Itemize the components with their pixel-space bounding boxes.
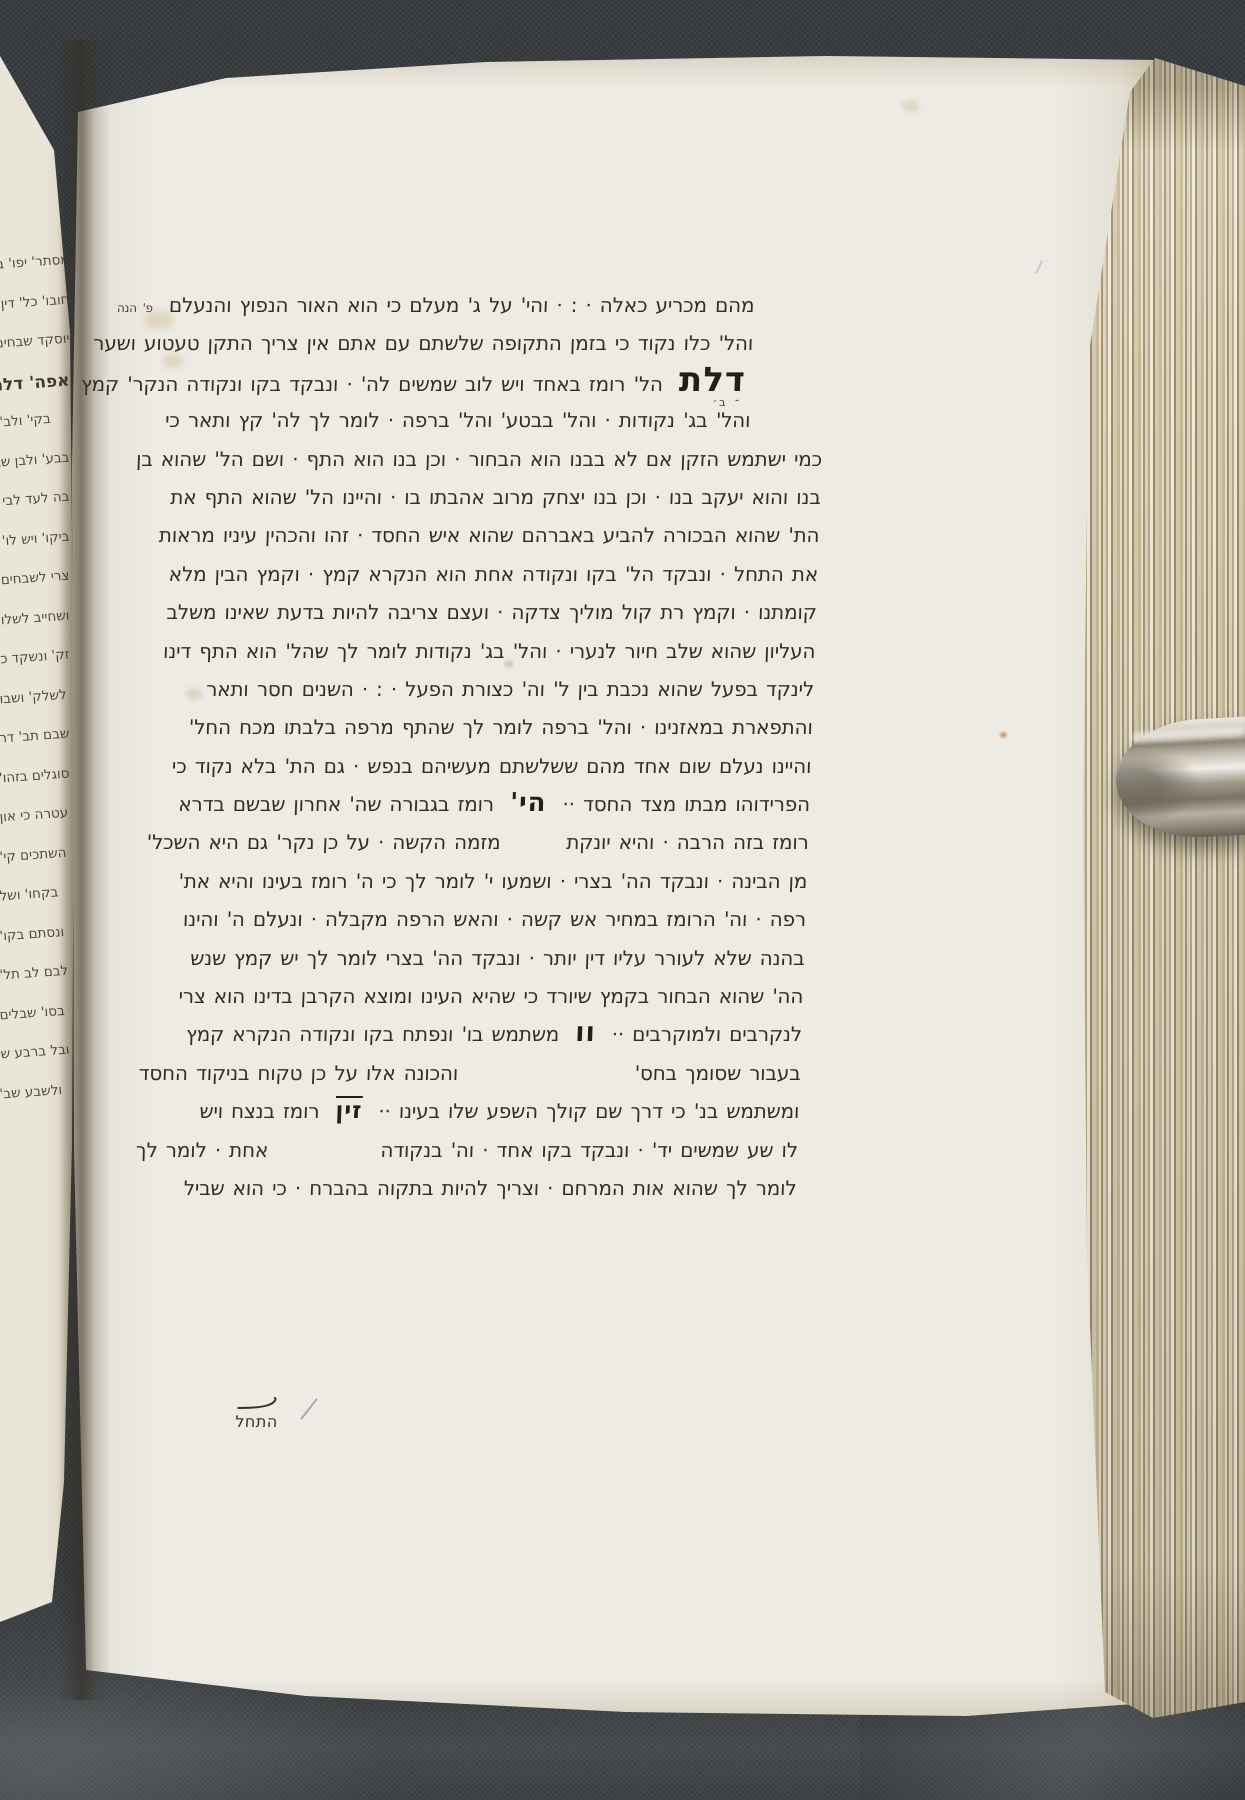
line-text: מזמה הקשה · על כן נקר' גם היא השכל': [146, 823, 501, 861]
manuscript-line: בנו והוא יעקב בנו · וכן בנו יצחק מרוב אה…: [158, 478, 821, 516]
line-text: העליון שהוא שלב חיור לנערי · והל' בג' נק…: [163, 639, 816, 663]
line-text: הל' רומז באחד ויש לוב שמשים לה' · ונבקד …: [80, 365, 663, 403]
manuscript-line: בעבור שסומך בחס'והכונה אלו על כן טקוח בנ…: [138, 1054, 801, 1092]
line-text: לו שע שמשים יד' · ונבקד בקו אחד · וה' בנ…: [380, 1131, 799, 1169]
margin-fragment: השתכים קי': [0, 844, 71, 879]
catchword: התחל: [221, 1396, 293, 1431]
margin-fragment: לבם לב תל': [0, 963, 71, 998]
scratch-mark: [1035, 260, 1043, 274]
manuscript-line: לומר לך שהוא אות המרחם · וצריך להיות בתק…: [134, 1169, 797, 1207]
manuscript-line: קומתנו · וקמץ רת קול מוליך צדקה · ועצם צ…: [154, 593, 817, 631]
line-text: מהם מכריע כאלה · : · והי' על ג' מעלם כי …: [168, 286, 755, 324]
manuscript-line: לנקרבים ולמוקרבים ··וומשתמש בו' ונפתח בק…: [139, 1015, 802, 1053]
lemma-word: זין: [329, 1100, 369, 1123]
line-text: הת' שהוא הבכורה להביע באברהם שהוא איש הח…: [158, 523, 819, 547]
margin-fragment: בבע' ולבן שבק: [0, 449, 71, 484]
margin-fragment: שבם תב' דרו': [0, 726, 71, 761]
margin-fragment: בקחו' ושל: [0, 884, 71, 919]
margin-fragment: חובו' כל' דין ש': [0, 291, 71, 326]
line-text: הה' שהוא הבחור בקמץ שיורד כי שהיא העינו …: [178, 984, 804, 1008]
margin-fragment: ושחייב לשלו': [0, 607, 71, 642]
lemma-word: וו: [569, 1019, 602, 1046]
line-text: רומז בגבורה שה' אחרון שבשם בדרא: [178, 785, 495, 823]
margin-fragment: זק' ונשקד כ': [0, 647, 71, 682]
manuscript-line: מן הבינה · ונבקד הה' בצרי · ושמעו י' לומ…: [145, 862, 808, 900]
manuscript-line: לו שע שמשים יד' · ונבקד בקו אחד · וה' בנ…: [135, 1131, 798, 1169]
line-text: והיינו נעלם שום אחד מהם ששלשתם מעשיהם בנ…: [172, 754, 812, 778]
manuscript-line: ומשתמש בנ' כי דרך שם קולך השפע שלו בעינו…: [137, 1092, 800, 1130]
manuscript-line: בהנה שלא לעורר עליו דין יותר · ונבקד הה'…: [142, 939, 805, 977]
fore-edge-leaves: [1075, 52, 1245, 1732]
manuscript-line: מהם מכריע כאלה · : · והי' על ג' מעלם כי …: [165, 286, 828, 324]
line-text: רומז בזה הרבה · והיא יונקת: [566, 823, 810, 861]
flourish-icon: [222, 1396, 293, 1412]
line-text: והל' כלו נקוד כי בזמן התקופה שלשתם עם את…: [93, 331, 754, 355]
manuscript-line: כמי ישתמש הזקן אם לא בבנו הוא הבחור · וכ…: [159, 440, 822, 478]
line-text: לומר לך שהוא אות המרחם · וצריך להיות בתק…: [183, 1176, 797, 1200]
manuscript-line: דלת־ ב׳הל' רומז באחד ויש לוב שמשים לה' ·…: [162, 363, 825, 401]
line-text: בהנה שלא לעורר עליו דין יותר · ונבקד הה'…: [190, 946, 805, 970]
manuscript-line: את התחל · ונבקד הל' בקו ונקודה אחת הוא ה…: [155, 555, 818, 593]
manuscript-line: הפרידוהו מבתו מצד החסד ··הי'רומז בגבורה …: [147, 785, 810, 823]
manuscript-line: והתפארת במאזנינו · והל' ברפה לומר לך שהת…: [150, 708, 813, 746]
lemma-word: הי': [504, 790, 553, 816]
line-text: רפה · וה' הרומז במחיר אש קשה · והאש הרפה…: [183, 907, 807, 931]
margin-fragment: בסו' שבלים: [0, 1002, 71, 1037]
margin-fragment: יוסקד שבחים: [0, 331, 71, 366]
manuscript-line: הת' שהוא הבכורה להביע באברהם שהוא איש הח…: [157, 516, 820, 554]
line-text: משתמש בו' ונפתח בקו ונקודה הנקרא קמץ: [185, 1015, 559, 1053]
line-text: בעבור שסומך בחס': [634, 1054, 801, 1092]
line-text: בנו והוא יעקב בנו · וכן בנו יצחק מרוב אה…: [170, 485, 821, 509]
line-text: לנקרבים ולמוקרבים ··: [611, 1015, 803, 1053]
line-text: ומשתמש בנ' כי דרך שם קולך השפע שלו בעינו…: [378, 1092, 800, 1130]
margin-fragment: מסתר' יפו' בשלם: [0, 252, 71, 287]
line-text: רומז בנצח ויש: [199, 1092, 320, 1130]
line-text: לינקד בפעל שהוא נכבת בין ל' וה' כצורת הפ…: [206, 677, 815, 701]
margin-fragment: סוגלים בזהו': [0, 765, 71, 800]
manuscript-line: והיינו נעלם שום אחד מהם ששלשתם מעשיהם בנ…: [149, 747, 812, 785]
margin-fragment: בה לעד לבי ש': [0, 489, 71, 524]
manuscript-line: הה' שהוא הבחור בקמץ שיורד כי שהיא העינו …: [141, 977, 804, 1015]
line-text: הפרידוהו מבתו מצד החסד ··: [562, 785, 811, 823]
margin-fragment: צרי לשבחים פ': [0, 568, 71, 603]
manuscript-line: העליון שהוא שלב חיור לנערי · והל' בג' נק…: [153, 632, 816, 670]
line-text: אחת · לומר לך: [135, 1131, 269, 1169]
margin-fragment: לשלק' ושבו: [0, 686, 71, 721]
scratch-mark: [300, 1398, 318, 1420]
margin-fragment: אפה' דלת ב': [0, 370, 71, 405]
manuscript-line: לינקד בפעל שהוא נכבת בין ל' וה' כצורת הפ…: [151, 670, 814, 708]
catchword-text: התחל: [235, 1412, 279, 1431]
margin-fragment: ונסתם בקו': [0, 923, 71, 958]
rust-spot: [1000, 732, 1007, 738]
margin-fragment: ובל ברבע ש': [0, 1042, 71, 1077]
line-text: והכונה אלו על כן טקוח בניקוד החסד: [138, 1054, 459, 1092]
line-text: קומתנו · וקמץ רת קול מוליך צדקה · ועצם צ…: [166, 600, 817, 624]
line-text: את התחל · ונבקד הל' בקו ונקודה אחת הוא ה…: [168, 562, 818, 586]
text-block: מהם מכריע כאלה · : · והי' על ג' מעלם כי …: [134, 286, 828, 1207]
line-text: והל' בג' נקודות · והל' בבטע' והל' ברפה ·…: [165, 408, 751, 432]
margin-fragment: ביקו' ויש לו' ש': [0, 528, 71, 563]
manuscript-line: רפה · וה' הרומז במחיר אש קשה · והאש הרפה…: [143, 900, 806, 938]
superscript-note: פ' הנה: [116, 289, 153, 327]
line-text: והתפארת במאזנינו · והל' ברפה לומר לך שהת…: [188, 715, 813, 739]
manuscript-line: והל' כלו נקוד כי בזמן התקופה שלשתם עם את…: [163, 324, 826, 362]
margin-fragment: ולשבע שב': [0, 1081, 71, 1116]
line-text: כמי ישתמש הזקן אם לא בבנו הוא הבחור · וכ…: [136, 447, 823, 471]
lemma-submark: ־ ב׳: [712, 397, 741, 408]
manuscript-photo: מסתר' יפו' בשלםחובו' כל' דין ש'יוסקד שבח…: [0, 0, 1245, 1800]
margin-fragment: עטרה כי און: [0, 805, 71, 840]
margin-fragment: בקי' ולב': [0, 410, 71, 445]
stain: [902, 100, 920, 112]
line-text: מן הבינה · ונבקד הה' בצרי · ושמעו י' לומ…: [178, 869, 808, 893]
manuscript-line: רומז בזה הרבה · והיא יונקתמזמה הקשה · על…: [146, 823, 809, 861]
lemma-word: דלת־ ב׳: [672, 363, 752, 397]
